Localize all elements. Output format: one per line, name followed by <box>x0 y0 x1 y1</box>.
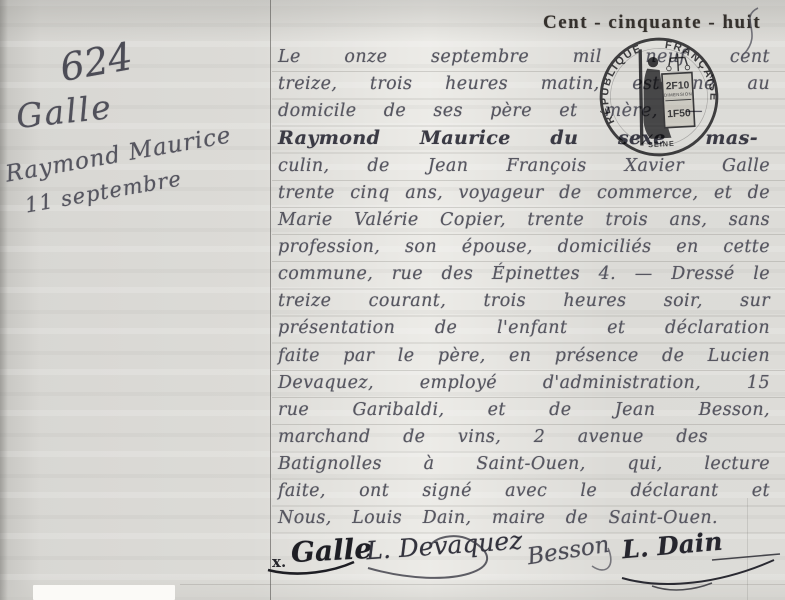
signature-underline-dain <box>622 560 774 584</box>
act-line: marchand de vins, 2 avenue des <box>278 424 708 451</box>
page-gutter-shadow <box>0 0 8 600</box>
stamp-figure-staff <box>639 49 644 145</box>
act-line: présentation de l'enfant et déclaration <box>278 315 770 342</box>
white-patch <box>33 585 175 600</box>
declarant-mark: x. <box>272 553 286 571</box>
act-line: Batignolles à Saint-Ouen, qui, lecture <box>278 451 770 478</box>
act-line: commune, rue des Épinettes 4. — Dressé l… <box>278 261 770 288</box>
act-line: Devaquez, employé d'administration, 15 <box>278 370 770 397</box>
stamp-value-bottom: 1F50 <box>667 108 691 120</box>
folio-number: Cent - cinquante - huit <box>543 12 783 34</box>
act-line: profession, son épouse, domiciliés en ce… <box>278 234 770 261</box>
stamp-seine-label: SEINE <box>648 139 675 149</box>
act-line: rue Garibaldi, et de Jean Besson, <box>278 397 770 424</box>
act-line: treize courant, trois heures soir, sur <box>278 288 770 315</box>
signature-galle: Galle <box>290 532 373 569</box>
margin-act-number: 624 <box>57 34 136 90</box>
margin-surname: Galle <box>14 87 114 136</box>
act-line: trente cinq ans, voyageur de commerce, e… <box>278 180 770 207</box>
stamp-value-tablet: 2F10 DIMENSION 1F50 <box>662 73 695 128</box>
act-line: faite, ont signé avec le déclarant et <box>278 478 770 505</box>
act-line: faite par le père, en présence de Lucien <box>278 343 770 370</box>
margin-column-divider <box>270 0 271 600</box>
register-page-scan: Cent - cinquante - huit 624 Galle Raymon… <box>0 0 785 600</box>
signature-besson: Besson <box>525 532 611 571</box>
revenue-stamp: 2F10 DIMENSION 1F50 RÉPUBLIQUE FRANÇAISE… <box>594 32 724 162</box>
act-line: Marie Valérie Copier, trente trois ans, … <box>278 207 770 234</box>
